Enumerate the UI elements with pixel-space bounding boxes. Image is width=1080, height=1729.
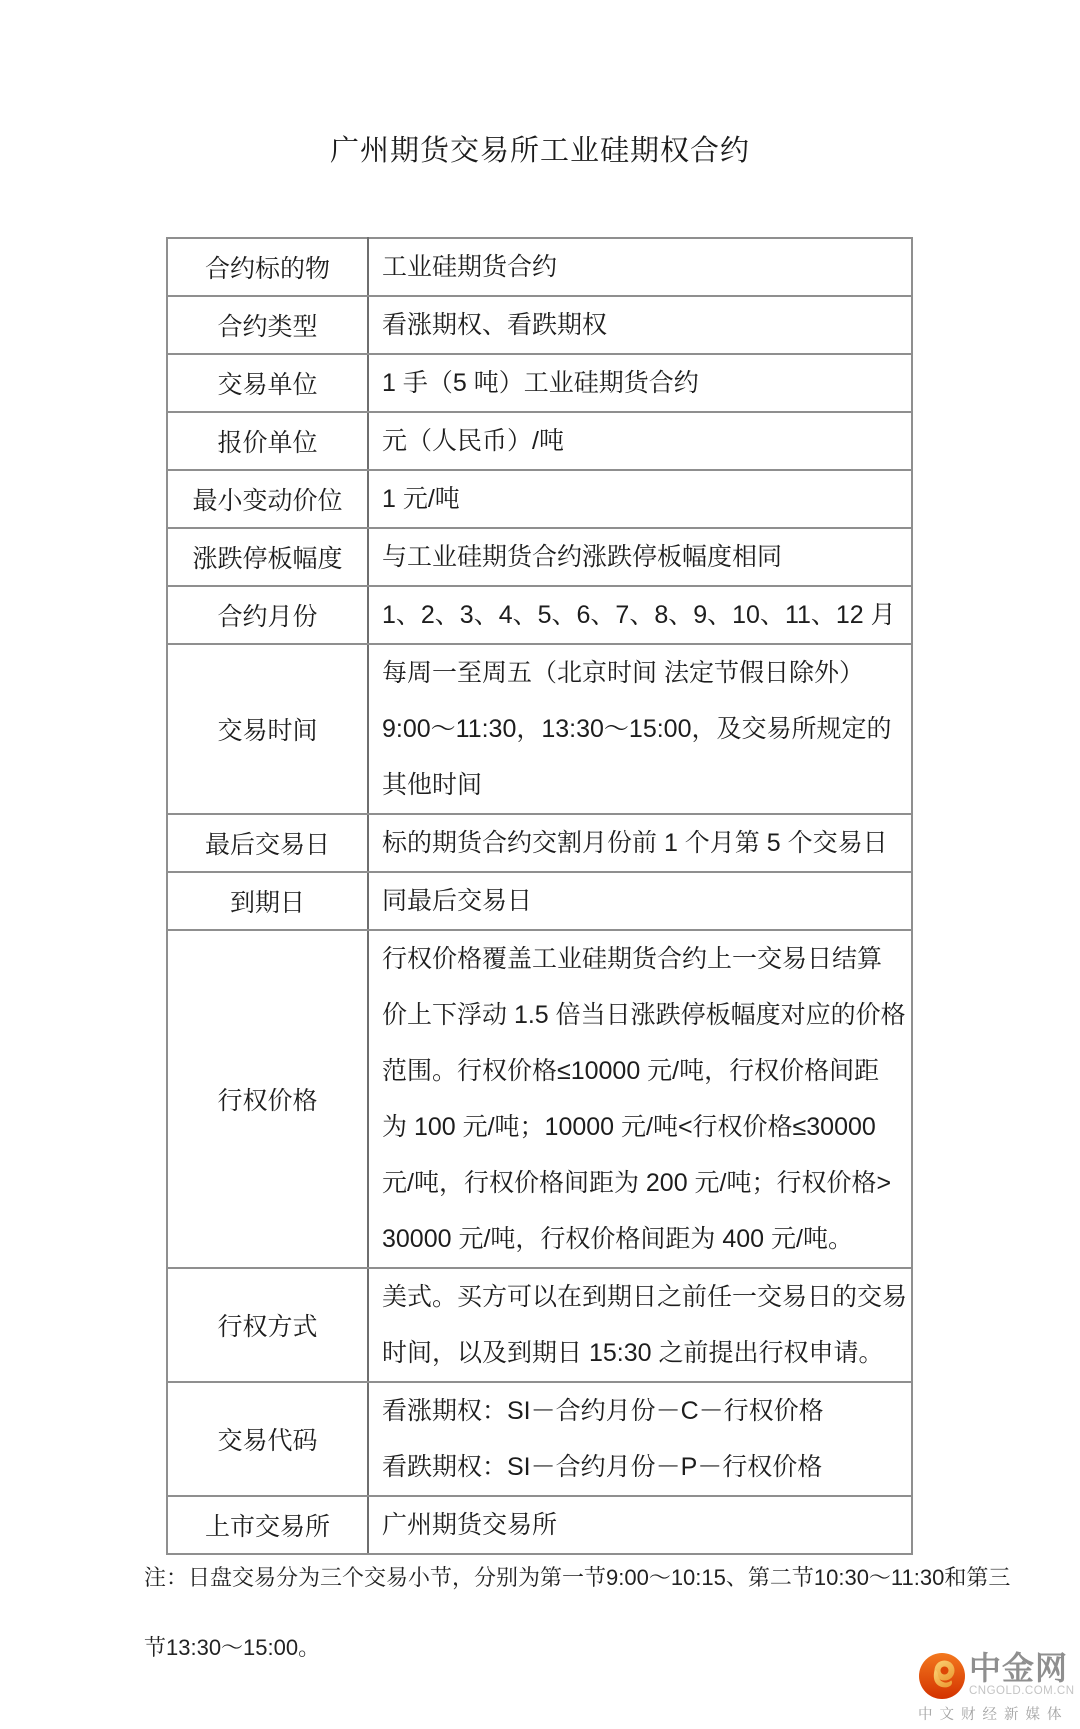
contract-table-body: 合约标的物工业硅期货合约合约类型看涨期权、看跌期权交易单位1 手（5 吨）工业硅… — [167, 238, 912, 1554]
value-line: 其他时间 — [382, 757, 911, 813]
row-value: 1 手（5 吨）工业硅期货合约 — [368, 354, 912, 412]
row-label: 行权价格 — [167, 930, 368, 1268]
table-row: 最小变动价位1 元/吨 — [167, 470, 912, 528]
row-label: 涨跌停板幅度 — [167, 528, 368, 586]
row-label: 行权方式 — [167, 1268, 368, 1382]
table-row: 合约类型看涨期权、看跌期权 — [167, 296, 912, 354]
value-line: 30000 元/吨，行权价格间距为 400 元/吨。 — [382, 1211, 911, 1267]
value-line: 元（人民币）/吨 — [382, 413, 911, 469]
row-value: 1 元/吨 — [368, 470, 912, 528]
row-label: 合约标的物 — [167, 238, 368, 296]
table-row: 最后交易日标的期货合约交割月份前 1 个月第 5 个交易日 — [167, 814, 912, 872]
row-value: 看涨期权：SI－合约月份－C－行权价格看跌期权：SI－合约月份－P－行权价格 — [368, 1382, 912, 1496]
cngold-watermark: 中金网 CNGOLD.COM.CN 中文财经新媒体 — [918, 1652, 1070, 1724]
row-label: 最小变动价位 — [167, 470, 368, 528]
footnote-line-2: 节13:30～15:00。 — [144, 1613, 1044, 1683]
row-label: 最后交易日 — [167, 814, 368, 872]
footnote: 注：日盘交易分为三个交易小节，分别为第一节9:00～10:15、第二节10:30… — [144, 1543, 1044, 1683]
value-line: 美式。买方可以在到期日之前任一交易日的交易 — [382, 1269, 911, 1325]
table-row: 涨跌停板幅度与工业硅期货合约涨跌停板幅度相同 — [167, 528, 912, 586]
table-row: 合约月份1、2、3、4、5、6、7、8、9、10、11、12 月 — [167, 586, 912, 644]
table-row: 行权方式美式。买方可以在到期日之前任一交易日的交易时间，以及到期日 15:30 … — [167, 1268, 912, 1382]
value-line: 范围。行权价格≤10000 元/吨，行权价格间距 — [382, 1043, 911, 1099]
row-value: 1、2、3、4、5、6、7、8、9、10、11、12 月 — [368, 586, 912, 644]
footnote-line-1: 注：日盘交易分为三个交易小节，分别为第一节9:00～10:15、第二节10:30… — [144, 1543, 1044, 1613]
value-line: 时间，以及到期日 15:30 之前提出行权申请。 — [382, 1325, 911, 1381]
row-value: 每周一至周五（北京时间 法定节假日除外）9:00～11:30，13:30～15:… — [368, 644, 912, 814]
table-row: 行权价格行权价格覆盖工业硅期货合约上一交易日结算价上下浮动 1.5 倍当日涨跌停… — [167, 930, 912, 1268]
row-value: 行权价格覆盖工业硅期货合约上一交易日结算价上下浮动 1.5 倍当日涨跌停板幅度对… — [368, 930, 912, 1268]
value-line: 每周一至周五（北京时间 法定节假日除外） — [382, 645, 911, 701]
cngold-logo-icon — [918, 1652, 966, 1700]
row-label: 报价单位 — [167, 412, 368, 470]
value-line: 价上下浮动 1.5 倍当日涨跌停板幅度对应的价格 — [382, 987, 911, 1043]
value-line: 为 100 元/吨；10000 元/吨<行权价格≤30000 — [382, 1099, 911, 1155]
value-line: 9:00～11:30，13:30～15:00，及交易所规定的 — [382, 701, 911, 757]
value-line: 看涨期权：SI－合约月份－C－行权价格 — [382, 1383, 911, 1439]
row-value: 看涨期权、看跌期权 — [368, 296, 912, 354]
value-line: 行权价格覆盖工业硅期货合约上一交易日结算 — [382, 931, 911, 987]
row-label: 合约月份 — [167, 586, 368, 644]
row-label: 交易代码 — [167, 1382, 368, 1496]
value-line: 1 手（5 吨）工业硅期货合约 — [382, 355, 911, 411]
table-row: 合约标的物工业硅期货合约 — [167, 238, 912, 296]
row-value: 与工业硅期货合约涨跌停板幅度相同 — [368, 528, 912, 586]
table-row: 交易代码看涨期权：SI－合约月份－C－行权价格看跌期权：SI－合约月份－P－行权… — [167, 1382, 912, 1496]
value-line: 看涨期权、看跌期权 — [382, 297, 911, 353]
table-row: 交易单位1 手（5 吨）工业硅期货合约 — [167, 354, 912, 412]
table-row: 报价单位元（人民币）/吨 — [167, 412, 912, 470]
brand-domain: CNGOLD.COM.CN — [969, 1685, 1075, 1698]
table-row: 交易时间每周一至周五（北京时间 法定节假日除外）9:00～11:30，13:30… — [167, 644, 912, 814]
row-label: 到期日 — [167, 872, 368, 930]
value-line: 元/吨，行权价格间距为 200 元/吨；行权价格> — [382, 1155, 911, 1211]
brand-name: 中金网 — [969, 1652, 1075, 1684]
row-value: 工业硅期货合约 — [368, 238, 912, 296]
table-row: 到期日同最后交易日 — [167, 872, 912, 930]
page-title: 广州期货交易所工业硅期权合约 — [0, 128, 1080, 169]
value-line: 1 元/吨 — [382, 471, 911, 527]
contract-spec-table: 合约标的物工业硅期货合约合约类型看涨期权、看跌期权交易单位1 手（5 吨）工业硅… — [166, 237, 913, 1555]
value-line: 与工业硅期货合约涨跌停板幅度相同 — [382, 529, 911, 585]
row-value: 美式。买方可以在到期日之前任一交易日的交易时间，以及到期日 15:30 之前提出… — [368, 1268, 912, 1382]
row-value: 同最后交易日 — [368, 872, 912, 930]
value-line: 工业硅期货合约 — [382, 239, 911, 295]
value-line: 标的期货合约交割月份前 1 个月第 5 个交易日 — [382, 815, 911, 871]
value-line: 看跌期权：SI－合约月份－P－行权价格 — [382, 1439, 911, 1495]
value-line: 同最后交易日 — [382, 873, 911, 929]
brand-tagline: 中文财经新媒体 — [918, 1703, 1070, 1724]
row-label: 交易单位 — [167, 354, 368, 412]
document-page: 广州期货交易所工业硅期权合约 合约标的物工业硅期货合约合约类型看涨期权、看跌期权… — [0, 0, 1080, 1729]
row-label: 交易时间 — [167, 644, 368, 814]
row-value: 标的期货合约交割月份前 1 个月第 5 个交易日 — [368, 814, 912, 872]
row-label: 合约类型 — [167, 296, 368, 354]
value-line: 1、2、3、4、5、6、7、8、9、10、11、12 月 — [382, 587, 911, 643]
row-value: 元（人民币）/吨 — [368, 412, 912, 470]
